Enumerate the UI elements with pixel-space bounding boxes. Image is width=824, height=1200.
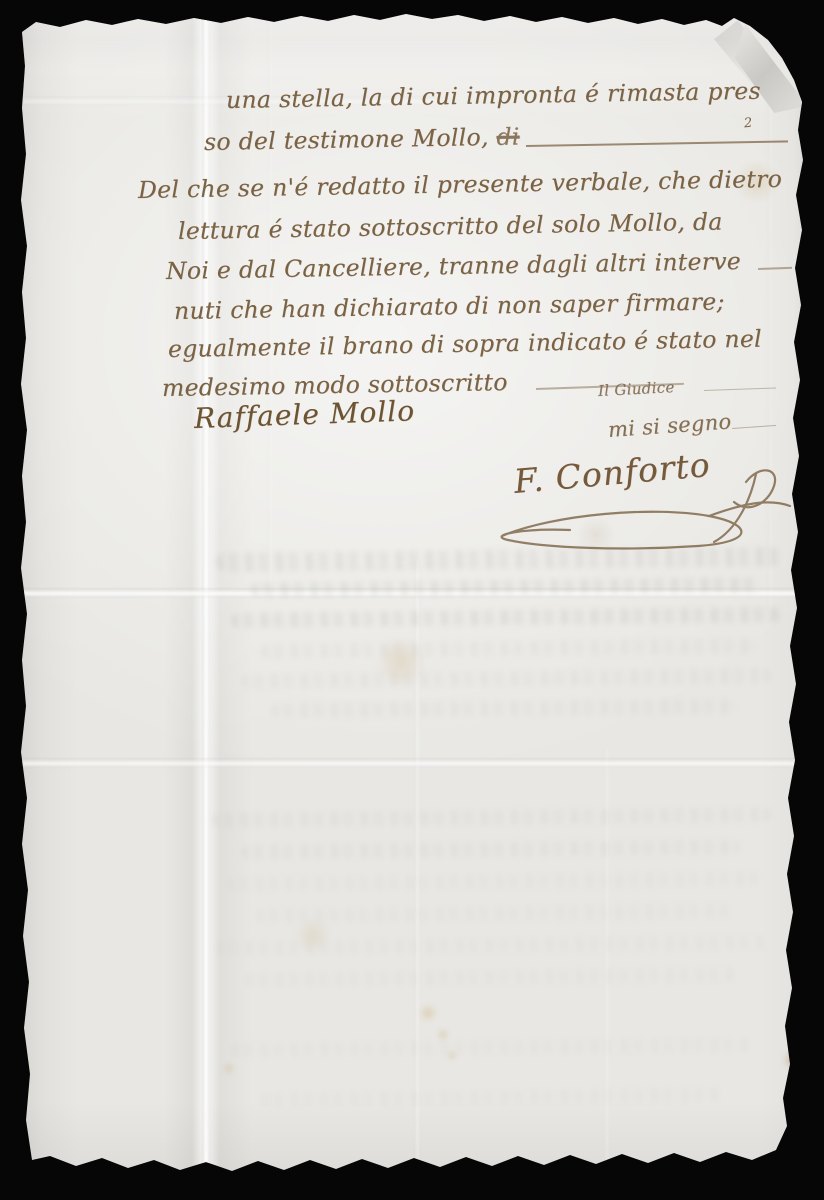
- handwriting-line: Noi e dal Cancelliere, tranne dagli altr…: [166, 247, 741, 285]
- line-text: so del testimone Mollo,: [204, 123, 489, 156]
- handwriting-line: una stella, la di cui impronta é rimasta…: [226, 77, 761, 114]
- judge-note: mi si segno: [607, 409, 732, 442]
- handwriting-line: Del che se n'é redatto il presente verba…: [138, 165, 783, 204]
- ink-rule: [526, 140, 788, 147]
- signature-flourish: [484, 458, 804, 568]
- handwriting-line: lettura é stato sottoscritto del solo Mo…: [178, 207, 723, 245]
- hyphenation-mark: 2: [743, 116, 753, 132]
- stain: [446, 1050, 458, 1061]
- stain: [782, 1050, 804, 1070]
- handwriting-line: nuti che han dichiarato di non saper fir…: [174, 287, 725, 325]
- ink-flourish-rule: [704, 387, 776, 391]
- ghost-text-band: [256, 903, 736, 923]
- manuscript-paper: una stella, la di cui impronta é rimasta…: [16, 10, 808, 1184]
- ghost-text-band: [271, 699, 736, 719]
- ghost-text-band: [226, 871, 766, 892]
- hyphen-dash: [758, 267, 792, 270]
- judge-title: Il Giudice: [598, 378, 675, 400]
- handwriting-line: so del testimone Mollo, di: [204, 122, 520, 156]
- stain: [436, 1028, 450, 1041]
- ghost-text-band: [241, 668, 771, 689]
- stain: [374, 638, 428, 686]
- ghost-text-band: [231, 1037, 751, 1057]
- ghost-text-band: [246, 967, 736, 987]
- ghost-text-band: [231, 607, 781, 628]
- stain: [294, 918, 332, 952]
- handwriting-line: egualmente il brano di sopra indicato é …: [168, 325, 762, 363]
- witness-signature: Raffaele Mollo: [193, 394, 415, 435]
- horizontal-fold-crease-lower: [16, 758, 808, 768]
- scan-background: { "scene": { "background_color": "#06060…: [0, 0, 824, 1200]
- ghost-text-band: [211, 807, 771, 828]
- stain: [418, 1004, 438, 1022]
- stain: [222, 1062, 236, 1075]
- ghost-text-band: [241, 839, 741, 859]
- ghost-text-band: [261, 1088, 721, 1108]
- struck-word: di: [496, 122, 520, 150]
- ghost-text-band: [261, 638, 756, 658]
